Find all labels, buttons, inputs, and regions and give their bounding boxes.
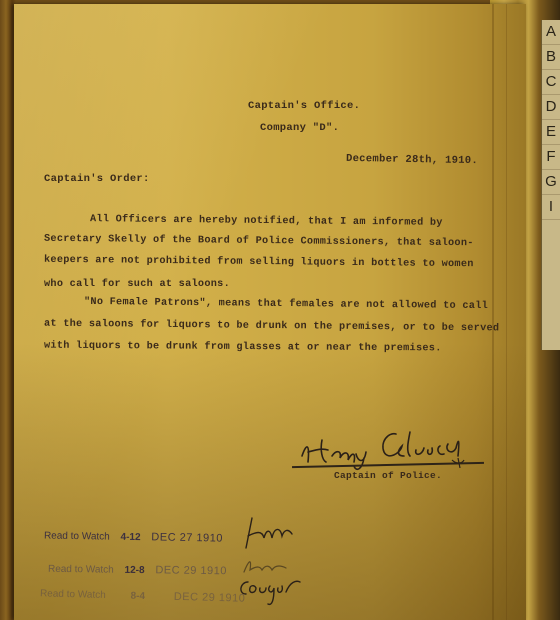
index-tab-d[interactable]: D	[542, 95, 560, 120]
index-tab-e[interactable]: E	[542, 120, 560, 145]
paragraph-2-line-1: "No Female Patrons", means that females …	[84, 297, 488, 312]
paragraph-2-line-2: at the saloons for liquors to be drunk o…	[44, 319, 499, 335]
salutation: Captain's Order:	[44, 173, 150, 185]
stamp-label: Read to Watch	[40, 588, 106, 601]
read-to-watch-stamp-3: Read to Watch 8-4 DEC 29 1910	[40, 587, 246, 604]
stamp-label: Read to Watch	[44, 530, 110, 542]
read-to-watch-stamp-1: Read to Watch 4-12 DEC 27 1910	[44, 529, 223, 544]
index-tab-a[interactable]: A	[542, 20, 560, 45]
document-page: Captain's Office. Company "D". December …	[14, 4, 526, 620]
stamp-shift: 4-12	[120, 532, 140, 543]
paragraph-2-line-3: with liquors to be drunk from glasses at…	[44, 341, 442, 355]
paragraph-1-line-3: keepers are not prohibited from selling …	[44, 255, 474, 270]
handwritten-initials-1	[236, 512, 296, 552]
stamp-shift: 8-4	[130, 591, 145, 602]
paragraph-1-line-1: All Officers are hereby notified, that I…	[90, 214, 443, 229]
signatory-title: Captain of Police.	[334, 470, 442, 481]
document-date: December 28th, 1910.	[346, 153, 478, 167]
page-fold	[506, 4, 507, 620]
company-heading: Company "D".	[260, 122, 339, 134]
stamp-date: DEC 29 1910	[155, 564, 227, 577]
paragraph-1-line-4: who call for such at saloons.	[44, 279, 230, 290]
handwritten-initials-3	[234, 570, 304, 610]
stamp-shift: 12-8	[124, 565, 144, 576]
index-tab-f[interactable]: F	[542, 145, 560, 170]
index-tabs: A B C D E F G I	[541, 20, 560, 350]
paragraph-1-line-2: Secretary Skelly of the Board of Police …	[44, 234, 474, 249]
index-tab-b[interactable]: B	[542, 45, 560, 70]
index-tab-c[interactable]: C	[542, 70, 560, 95]
index-tab-i[interactable]: I	[542, 195, 560, 220]
stamp-date: DEC 27 1910	[151, 531, 223, 544]
office-heading: Captain's Office.	[248, 100, 360, 112]
stamp-label: Read to Watch	[48, 564, 114, 576]
read-to-watch-stamp-2: Read to Watch 12-8 DEC 29 1910	[48, 563, 227, 577]
index-tab-g[interactable]: G	[542, 170, 560, 195]
page-fold	[492, 4, 494, 620]
